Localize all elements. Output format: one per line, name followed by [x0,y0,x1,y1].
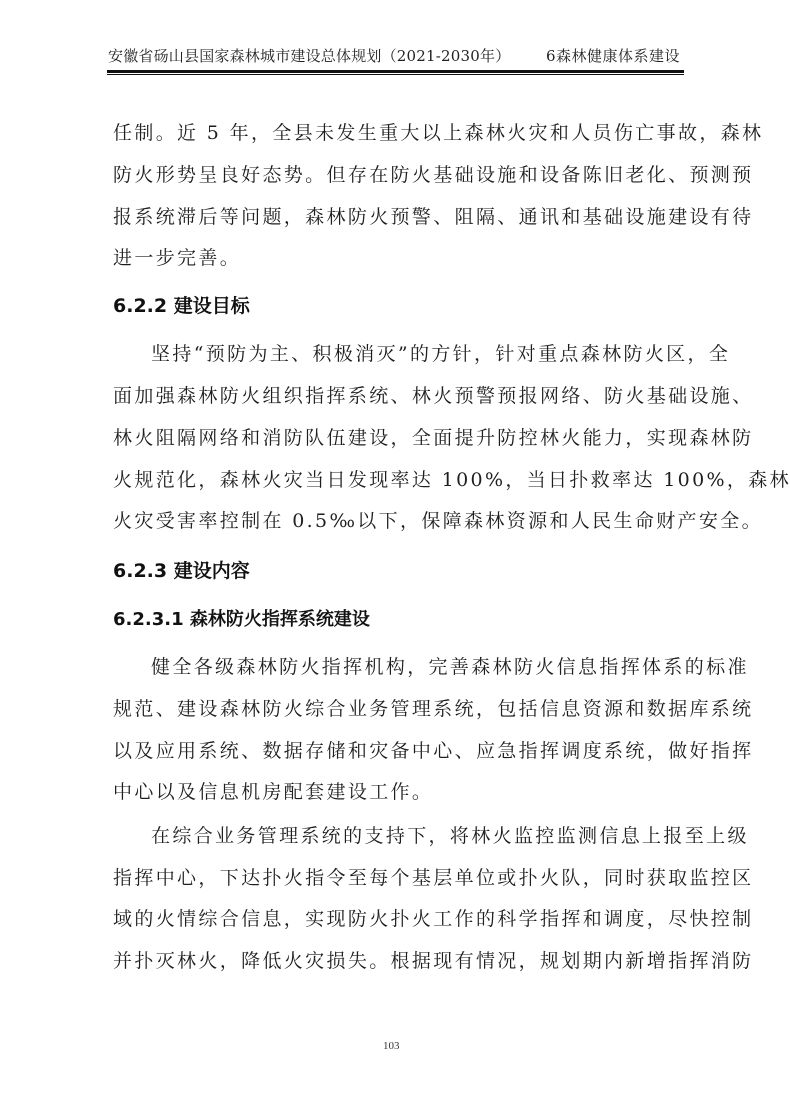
text-line: 以及应用系统、数据存储和灾备中心、应急指挥调度系统，做好指挥 [113,738,754,764]
text-line: 火规范化，森林火灾当日发现率达 100%，当日扑救率达 100%，森林 [113,467,790,493]
section-heading-6-2-3-1: 6.2.3.1 森林防火指挥系统建设 [113,607,370,633]
text-line: 林火阻隔网络和消防队伍建设，全面提升防控林火能力，实现森林防 [113,425,754,451]
page-header: 安徽省砀山县国家森林城市建设总体规划（2021-2030年） 6森林健康体系建设 [107,46,684,66]
chapter-title: 6森林健康体系建设 [546,46,680,66]
text-line: 坚持“预防为主、积极消灭”的方针，针对重点森林防火区，全 [113,341,730,367]
text-line: 进一步完善。 [113,245,241,271]
header-rule-thin [107,74,684,75]
text-line: 规范、建设森林防火综合业务管理系统，包括信息资源和数据库系统 [113,696,754,722]
document-page: 安徽省砀山县国家森林城市建设总体规划（2021-2030年） 6森林健康体系建设… [0,0,790,1118]
text-line: 并扑灭林火，降低火灾损失。根据现有情况，规划期内新增指挥消防 [113,948,754,974]
text-line: 中心以及信息机房配套建设工作。 [113,779,433,805]
text-line: 任制。近 5 年，全县未发生重大以上森林火灾和人员伤亡事故，森林 [113,120,763,146]
text-line: 防火形势呈良好态势。但存在防火基础设施和设备陈旧老化、预测预 [113,162,754,188]
text-line: 指挥中心，下达扑火指令至每个基层单位或扑火队，同时获取监控区 [113,865,754,891]
section-heading-6-2-2: 6.2.2 建设目标 [113,293,250,319]
document-title: 安徽省砀山县国家森林城市建设总体规划（2021-2030年） [108,46,510,66]
text-line: 在综合业务管理系统的支持下，将林火监控监测信息上报至上级 [113,823,749,849]
text-line: 火灾受害率控制在 0.5‰以下，保障森林资源和人民生命财产安全。 [113,508,763,534]
page-number: 103 [383,1040,400,1052]
text-line: 域的火情综合信息，实现防火扑火工作的科学指挥和调度，尽快控制 [113,906,754,932]
text-line: 报系统滞后等问题，森林防火预警、阻隔、通讯和基础设施建设有待 [113,204,754,230]
text-line: 面加强森林防火组织指挥系统、林火预警预报网络、防火基础设施、 [113,383,754,409]
section-heading-6-2-3: 6.2.3 建设内容 [113,558,250,584]
header-rule-thick [107,70,684,73]
text-line: 健全各级森林防火指挥机构，完善森林防火信息指挥体系的标准 [113,654,749,680]
